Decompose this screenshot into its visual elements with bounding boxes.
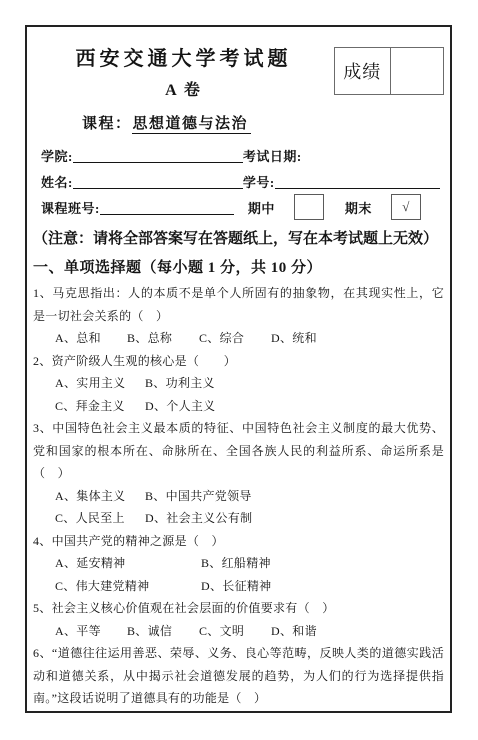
option-label: B、红船精神 [201,552,347,575]
student-info-block: 学院: 考试日期: 姓名: 学号: 课程班号: 期中 期末 √ [41,142,442,220]
option-label: D、个人主义 [145,395,215,418]
question-item: 5、社会主义核心价值观在社会层面的价值要求有（ ）A、平等B、诚信C、文明D、和… [33,597,444,642]
option-label: C、伟大建党精神 [55,575,201,598]
question-stem: 4、中国共产党的精神之源是（ ） [33,530,444,553]
question-item: 6、“道德往往运用善恶、荣辱、义务、良心等范畴，反映人类的道德实践活动和道德关系… [33,642,444,713]
score-box: 成绩 [334,47,444,95]
option-label: C、人民至上 [55,507,145,530]
option-row: A、延安精神B、红船精神 [33,552,444,575]
option-label: A、认识 [55,710,127,714]
score-label: 成绩 [335,48,391,95]
question-item: 4、中国共产党的精神之源是（ ）A、延安精神B、红船精神C、伟大建党精神D、长征… [33,530,444,598]
option-row: C、伟大建党精神D、长征精神 [33,575,444,598]
exam-date-label: 考试日期: [243,146,302,165]
question-stem: 1、马克思指出：人的本质不是单个人所固有的抽象物，在其现实性上，它是一切社会关系… [33,282,444,327]
exam-title-block: 西安交通大学考试题 A 卷 [33,41,334,101]
question-stem: 2、资产阶级人生观的核心是（ ） [33,350,444,373]
option-label: C、文明 [199,620,271,643]
option-label: D、评价 [271,710,317,714]
option-label: D、和谐 [271,620,317,643]
college-label: 学院: [41,146,73,165]
option-label: B、规范 [127,710,199,714]
questions-list: 1、马克思指出：人的本质不是单个人所固有的抽象物，在其现实性上，它是一切社会关系… [33,282,444,713]
name-label: 姓名: [41,172,73,191]
option-row: C、人民至上D、社会主义公有制 [33,507,444,530]
info-row-class: 课程班号: 期中 期末 √ [41,194,442,220]
option-label: B、总称 [127,327,199,350]
question-stem: 6、“道德往往运用善恶、荣辱、义务、良心等范畴，反映人类的道德实践活动和道德关系… [33,642,444,710]
final-label: 期末 [345,198,372,217]
course-name: 思想道德与法治 [132,116,252,134]
option-label: A、总和 [55,327,127,350]
exam-title: 西安交通大学考试题 [33,46,334,72]
question-item: 1、马克思指出：人的本质不是单个人所固有的抽象物，在其现实性上，它是一切社会关系… [33,282,444,350]
option-row: A、集体主义B、中国共产党领导 [33,485,444,508]
info-row-college: 学院: 考试日期: [41,142,442,168]
option-label: A、集体主义 [55,485,145,508]
option-label: B、中国共产党领导 [145,485,252,508]
class-no-label: 课程班号: [41,198,100,217]
option-label: D、统和 [271,327,317,350]
student-id-blank-field [275,173,440,189]
info-row-name: 姓名: 学号: [41,168,442,194]
exam-header: 西安交通大学考试题 A 卷 成绩 [33,41,444,101]
class-no-blank-field [100,199,234,215]
option-label: C、综合 [199,327,271,350]
option-label: A、平等 [55,620,127,643]
option-label: C、调节 [199,710,271,714]
exam-paper-sheet: 西安交通大学考试题 A 卷 成绩 课程：思想道德与法治 学院: 考试日期: 姓名… [25,25,452,713]
course-label: 课程： [82,116,132,132]
college-blank-field [73,147,243,163]
option-label: D、社会主义公有制 [145,507,252,530]
paper-type-label: A 卷 [33,81,334,101]
name-blank-field [73,173,243,189]
option-row: A、实用主义B、功利主义 [33,372,444,395]
option-label: B、功利主义 [145,372,215,395]
option-label: C、拜金主义 [55,395,145,418]
question-stem: 3、中国特色社会主义最本质的特征、中国特色社会主义制度的最大优势、党和国家的根本… [33,417,444,485]
question-item: 3、中国特色社会主义最本质的特征、中国特色社会主义制度的最大优势、党和国家的根本… [33,417,444,530]
option-label: A、延安精神 [55,552,201,575]
midterm-checkbox [294,194,324,220]
option-row: A、平等B、诚信C、文明D、和谐 [33,620,444,643]
midterm-label: 期中 [248,198,275,217]
option-label: D、长征精神 [201,575,347,598]
course-line: 课程：思想道德与法治 [82,113,444,135]
option-label: B、诚信 [127,620,199,643]
option-row: A、认识B、规范C、调节D、评价 [33,710,444,714]
option-row: A、总和B、总称C、综合D、统和 [33,327,444,350]
final-checkbox: √ [391,194,421,220]
section-heading: 一、单项选择题（每小题 1 分，共 10 分） [33,257,444,279]
score-value-cell [390,48,443,95]
student-id-label: 学号: [243,172,275,191]
answer-notice: （注意：请将全部答案写在答题纸上，写在本考试题上无效） [33,228,444,250]
question-stem: 5、社会主义核心价值观在社会层面的价值要求有（ ） [33,597,444,620]
option-row: C、拜金主义D、个人主义 [33,395,444,418]
option-label: A、实用主义 [55,372,145,395]
question-item: 2、资产阶级人生观的核心是（ ）A、实用主义B、功利主义C、拜金主义D、个人主义 [33,350,444,418]
